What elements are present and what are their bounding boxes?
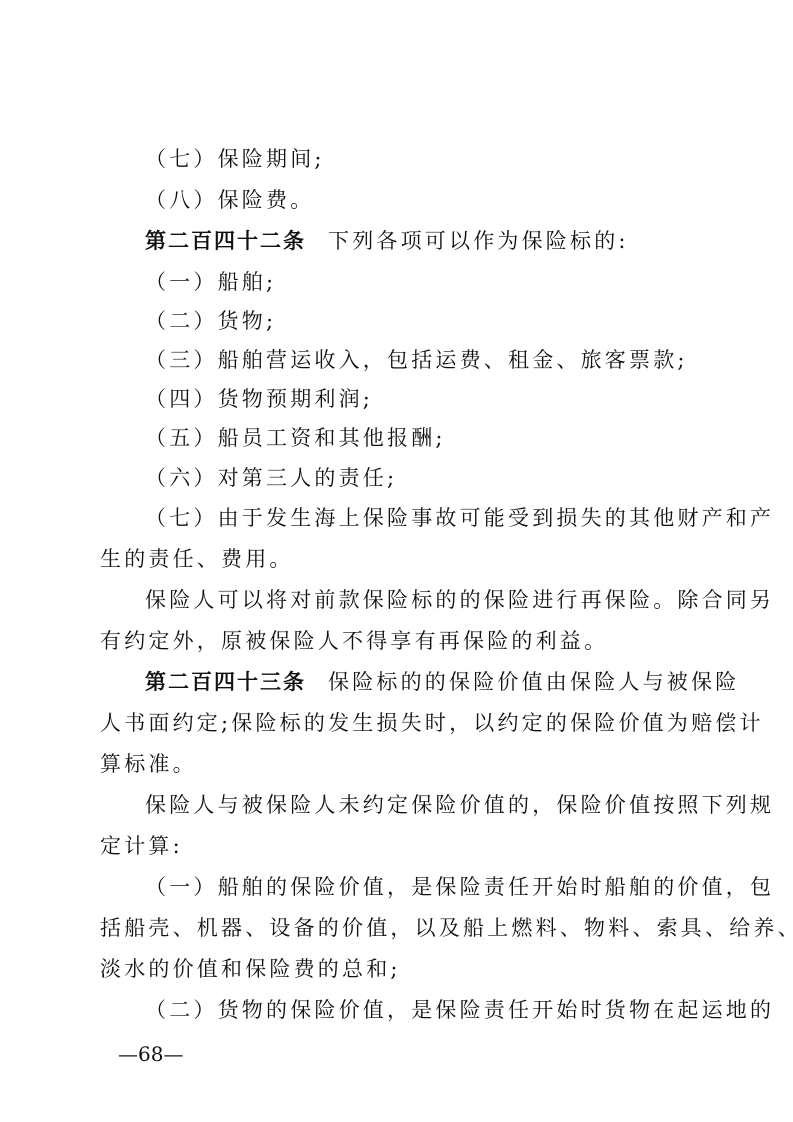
text-line: （五）船员工资和其他报酬; [145,424,446,452]
text-line: （七）保险期间; [145,145,325,173]
article-243-line: 第二百四十三条保险标的的保险价值由保险人与被保险 [145,668,739,696]
document-page: （七）保险期间; （八）保险费。 第二百四十二条下列各项可以作为保险标的: （一… [0,0,793,1122]
article-text: 下列各项可以作为保险标的: [328,229,629,253]
text-line: （七）由于发生海上保险事故可能受到损失的其他财产和产 [145,504,774,532]
text-line: （二）货物; [145,307,276,335]
text-line: （一）船舶的保险价值，是保险责任开始时船舶的价值，包 [145,873,774,901]
article-heading: 第二百四十三条 [145,670,306,694]
text-line: （四）货物预期利润; [145,385,373,413]
text-line: 定计算: [100,832,183,860]
text-line: 有约定外，原被保险人不得享有再保险的利益。 [100,627,608,655]
article-heading: 第二百四十二条 [145,229,306,253]
text-line: 生的责任、费用。 [100,545,294,573]
text-line: （八）保险费。 [145,186,314,214]
page-number: —68— [118,1040,183,1068]
text-line: 人书面约定;保险标的发生损失时，以约定的保险价值为赔偿计 [100,709,764,737]
text-line: 括船壳、机器、设备的价值，以及船上燃料、物料、索具、给养、 [100,914,793,942]
text-line: （六）对第三人的责任; [145,464,397,492]
text-line: （三）船舶营运收入，包括运费、租金、旅客票款; [145,346,688,374]
article-242-line: 第二百四十二条下列各项可以作为保险标的: [145,227,629,255]
text-line: （二）货物的保险价值，是保险责任开始时货物在起运地的 [145,996,774,1024]
text-line: 保险人与被保险人未约定保险价值的，保险价值按照下列规 [145,791,774,819]
text-line: （一）船舶; [145,268,276,296]
text-line: 保险人可以将对前款保险标的的保险进行再保险。除合同另 [145,586,774,614]
text-line: 淡水的价值和保险费的总和; [100,955,401,983]
article-text: 保险标的的保险价值由保险人与被保险 [328,670,739,694]
text-line: 算标准。 [100,750,197,778]
